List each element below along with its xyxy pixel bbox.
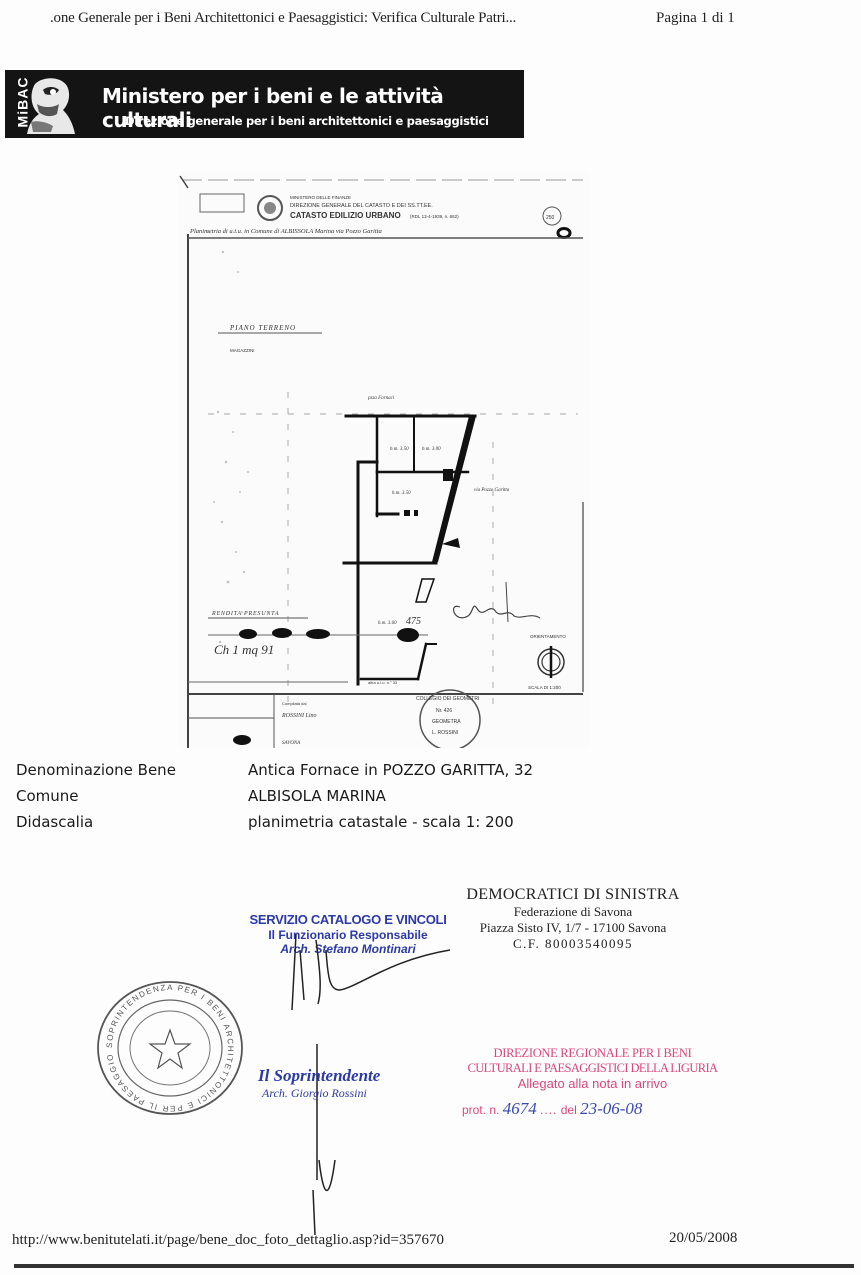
soprintendente-line1: Il Soprintendente bbox=[258, 1066, 418, 1086]
direzione-regionale-stamp: DIREZIONE REGIONALE PER I BENI CULTURALI… bbox=[455, 1046, 730, 1119]
bust-portrait-logo-icon bbox=[13, 74, 85, 134]
scan-bottom-edge bbox=[14, 1264, 854, 1268]
svg-text:Nr. 426: Nr. 426 bbox=[436, 708, 452, 714]
plan-agency-law: (RDL 13-4-1939, n. 652) bbox=[410, 214, 459, 219]
svg-text:SOPRINTENDENZA PER I BENI ARCH: SOPRINTENDENZA PER I BENI ARCHITETTONICI… bbox=[90, 978, 235, 1113]
plan-municipality-line: Planimetria di u.i.u. in Comune di ALBIS… bbox=[189, 228, 382, 235]
signature-montinari-icon bbox=[280, 930, 460, 1020]
print-header-page-number: Pagina 1 di 1 bbox=[656, 10, 735, 27]
plan-compiler-name: ROSSINI Lino bbox=[281, 713, 317, 719]
ds-line1: DEMOCRATICI DI SINISTRA bbox=[448, 886, 698, 904]
room-height-4: h.m. 3.60 bbox=[378, 621, 397, 626]
servizio-line1: SERVIZIO CATALOGO E VINCOLI bbox=[226, 912, 470, 927]
metadata-value: Antica Fornace in POZZO GARITTA, 32 bbox=[248, 757, 533, 783]
plan-agency-line3: CATASTO EDILIZIO URBANO bbox=[290, 211, 401, 220]
surveyor-stamp: COLLEGIO DEI GEOMETRI Nr. 426 GEOMETRA L… bbox=[416, 690, 480, 748]
plan-scale-label: SCALA DI 1:200 bbox=[528, 685, 561, 690]
ds-line3: Piazza Sisto IV, 1/7 - 17100 Savona bbox=[448, 920, 698, 936]
regionale-line3: Allegato alla nota in arrivo bbox=[455, 1076, 730, 1091]
metadata-label: Didascalia bbox=[16, 809, 248, 835]
metadata-row-denominazione: Denominazione Bene Antica Fornace in POZ… bbox=[16, 757, 533, 783]
soprintendenza-seal-icon: SOPRINTENDENZA PER I BENI ARCHITETTONICI… bbox=[90, 978, 250, 1118]
svg-text:250: 250 bbox=[546, 215, 555, 221]
plan-neighbor-note: altra u.i.u. n.° 33 bbox=[368, 680, 398, 685]
svg-text:GEOMETRA: GEOMETRA bbox=[432, 719, 461, 725]
metadata-row-comune: Comune ALBISOLA MARINA bbox=[16, 783, 533, 809]
del-label: del bbox=[561, 1103, 577, 1117]
asset-metadata: Denominazione Bene Antica Fornace in POZ… bbox=[16, 757, 533, 835]
plan-compiler-province: SAVONA bbox=[282, 741, 301, 746]
ds-stamp: DEMOCRATICI DI SINISTRA Federazione di S… bbox=[448, 886, 698, 952]
del-date: 23-06-08 bbox=[580, 1099, 642, 1118]
metadata-label: Denominazione Bene bbox=[16, 757, 248, 783]
room-height-3: h.m. 3.50 bbox=[392, 491, 411, 496]
plan-agency-line1: MINISTERO DELLE FINANZE bbox=[290, 195, 351, 200]
prot-label: prot. n. bbox=[462, 1103, 499, 1117]
plan-rendita-label: RENDITA PRESUNTA bbox=[211, 611, 279, 617]
soprintendente-line2: Arch. Giorgio Rossini bbox=[262, 1086, 418, 1101]
ds-line4: C.F. 80003540095 bbox=[448, 936, 698, 952]
metadata-value: ALBISOLA MARINA bbox=[248, 783, 386, 809]
print-footer-date: 20/05/2008 bbox=[669, 1230, 737, 1247]
regionale-line2: CULTURALI E PAESAGGISTICI DELLA LIGURIA bbox=[455, 1061, 730, 1076]
plan-floor-title: PIANO TERRENO bbox=[229, 324, 296, 332]
print-header-title: .one Generale per i Beni Architettonici … bbox=[50, 10, 516, 27]
regionale-line1: DIREZIONE REGIONALE PER I BENI bbox=[455, 1046, 730, 1061]
plan-handwritten-ref: Ch 1 mq 91 bbox=[214, 642, 274, 657]
cadastral-plan-image: MINISTERO DELLE FINANZE DIREZIONE GENERA… bbox=[178, 172, 590, 748]
plan-agency-line2: DIREZIONE GENERALE DEL CATASTO E DEI SS.… bbox=[290, 203, 433, 209]
plan-use: MAGAZZINI bbox=[230, 348, 255, 353]
ministry-banner: MiBAC Ministero per i beni e le attività… bbox=[5, 70, 524, 138]
svg-text:Compilata dal: Compilata dal bbox=[282, 701, 307, 706]
plan-street-side: via Pozzo Garitta bbox=[474, 488, 510, 493]
prot-number: 4674 bbox=[503, 1099, 537, 1118]
room-height-2: h.m. 3.00 bbox=[422, 447, 441, 452]
print-footer-url: http://www.benitutelati.it/page/bene_doc… bbox=[12, 1232, 444, 1249]
plan-handwritten-number: 475 bbox=[406, 616, 421, 627]
metadata-value: planimetria catastale - scala 1: 200 bbox=[248, 809, 514, 835]
ministry-subtitle: Direzione generale per i beni architetto… bbox=[125, 114, 489, 128]
svg-text:COLLEGIO DEI GEOMETRI: COLLEGIO DEI GEOMETRI bbox=[416, 696, 479, 702]
plan-orientation-label: ORIENTAMENTO bbox=[530, 634, 566, 639]
svg-text:L. ROSSINI: L. ROSSINI bbox=[432, 730, 458, 736]
metadata-label: Comune bbox=[16, 783, 248, 809]
soprintendente-stamp: Il Soprintendente Arch. Giorgio Rossini bbox=[258, 1066, 418, 1101]
metadata-row-didascalia: Didascalia planimetria catastale - scala… bbox=[16, 809, 533, 835]
regionale-protocol: prot. n. 4674 .... del 23-06-08 bbox=[455, 1099, 730, 1119]
ds-line2: Federazione di Savona bbox=[448, 904, 698, 920]
plan-street-top: pzza Fornaci bbox=[367, 396, 395, 401]
room-height-1: h.m. 3.50 bbox=[390, 447, 409, 452]
